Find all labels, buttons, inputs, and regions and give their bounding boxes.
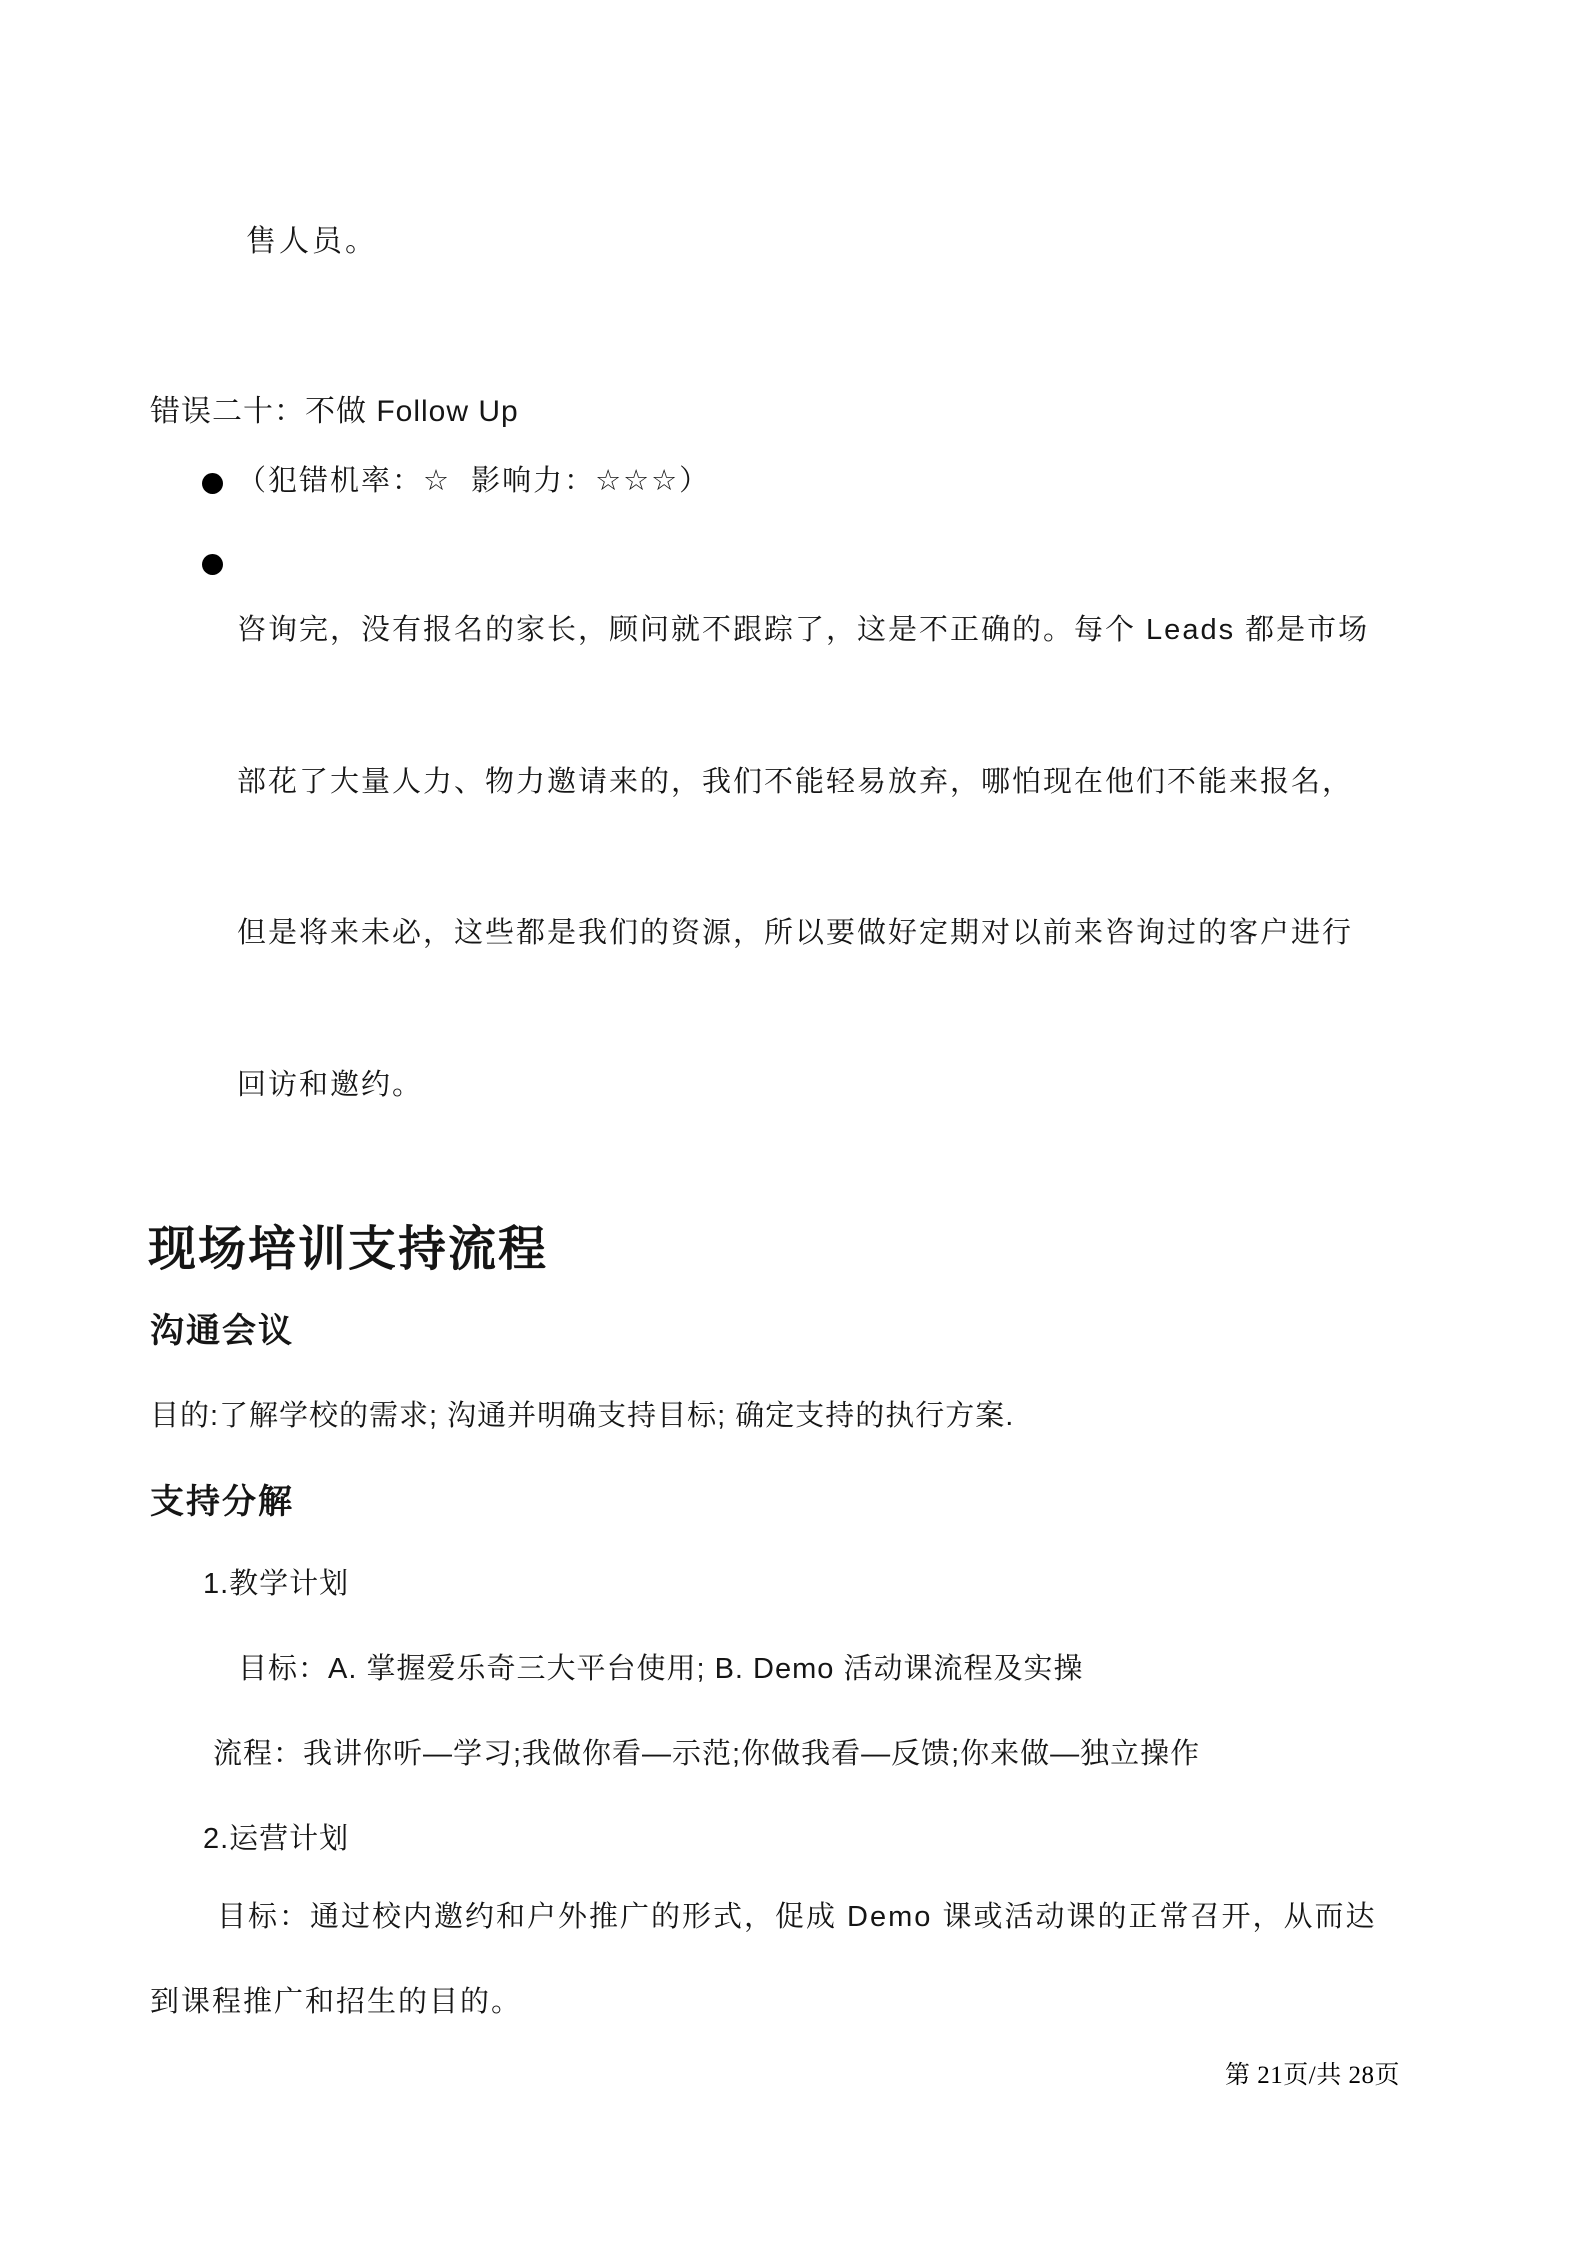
document-page: { "doc": { "prev_section": { "continuati… [0,0,1587,2245]
plan1-title: 1.教学计划 [203,1566,349,1604]
plan2-goal-line2: 到课程推广和招生的目的。 [150,1984,522,2022]
bullet-marker [202,473,223,494]
plan2-goal-line1: 目标：通过校内邀约和户外推广的形式，促成 Demo 课或活动课的正常召开，从而达 [217,1899,1376,1937]
plan1-goal-text: 目标：A. 掌握爱乐奇三大平台使用; B. Demo 活动课流程及实操 [238,1651,1083,1689]
bullet-marker [202,554,223,575]
page-title-training-process: 现场培训支持流程 [148,1210,548,1279]
paragraph-line: 但是将来未必，这些都是我们的资源，所以要做好定期对以前来咨询过的客户进行 [237,891,1369,977]
paragraph-line: 部花了大量人力、物力邀请来的，我们不能轻易放弃，哪怕现在他们不能来报名， [237,740,1369,826]
heading-communication-meeting: 沟通会议 [150,1303,294,1352]
bullet-followup-paragraph: 咨询完，没有报名的家长，顾问就不跟踪了，这是不正确的。每个 Leads 都是市场… [237,522,1369,1161]
bullet-rating-text: （犯错机率：☆ 影响力：☆☆☆） [237,463,710,501]
paragraph-continuation-line: 售人员。 [246,216,378,260]
footer-page-indicator: 第 21页/共 28页 [1225,2055,1400,2091]
heading-support-breakdown: 支持分解 [150,1474,294,1523]
section-heading-error-twenty: 错误二十：不做 Follow Up [150,386,519,430]
plan1-process-text: 流程：我讲你听—学习;我做你看—示范;你做我看—反馈;你来做—独立操作 [213,1736,1200,1774]
paragraph-line: 回访和邀约。 [237,1043,1369,1129]
paragraph-line: 咨询完，没有报名的家长，顾问就不跟踪了，这是不正确的。每个 Leads 都是市场 [237,588,1369,674]
plan2-title: 2.运营计划 [203,1821,349,1859]
meeting-purpose-text: 目的:了解学校的需求; 沟通并明确支持目标; 确定支持的执行方案. [150,1398,1014,1436]
